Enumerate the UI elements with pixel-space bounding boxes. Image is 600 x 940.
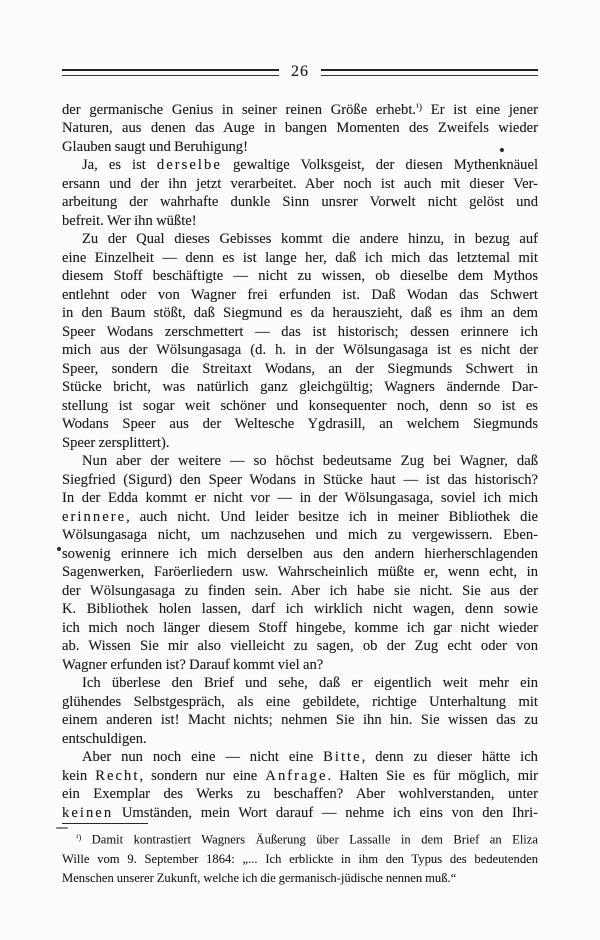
text-run: gewaltige Volksgeist, der diesen Mythenk… — [222, 157, 538, 173]
text-line: Naturen, aus denen das Auge in bangen Mo… — [62, 119, 538, 138]
text-run: Damit kontrastiert Wagners Äußerung über… — [81, 833, 538, 847]
book-page: 26 der germanische Genius in seiner rein… — [0, 0, 600, 940]
text-line: Zu der Qual dieses Gebisses kommt die an… — [62, 230, 538, 249]
spaced-text-run: erinnere — [62, 509, 126, 525]
text-line: Speer, sondern die Streitaxt Wodans, an … — [62, 360, 538, 379]
text-run: ab. Wissen Sie mir also vielleicht zu sa… — [62, 638, 538, 654]
text-run: arbeitung der wahrhafte dunkle Sinn unsr… — [62, 194, 538, 210]
text-run: . Halten Sie es für möglich, mir — [327, 768, 538, 784]
text-run: Speer, sondern die Streitaxt Wodans, an … — [62, 361, 538, 377]
text-line: Glauben saugt und Beruhigung! — [62, 138, 538, 157]
text-run: Aber nun noch eine — nicht eine — [82, 749, 323, 765]
spaced-text-run: keinen — [62, 805, 113, 821]
text-line: Wille vom 9. September 1864: „... Ich er… — [62, 850, 538, 869]
text-run: sowenig erinnere ich mich derselben aus … — [62, 546, 538, 562]
text-line: Nun aber der weitere — so höchst bedeuts… — [62, 452, 538, 471]
text-line: kein Recht, sondern nur eine Anfrage. Ha… — [62, 767, 538, 786]
text-run: Glauben saugt und Beruhigung! — [62, 139, 248, 155]
text-line: entlehnt oder von Wagner frei erfunden i… — [62, 286, 538, 305]
text-run: ersann und der ihn jetzt verarbeitet. Ab… — [62, 176, 538, 192]
text-line: glühendes Selbstgespräch, als eine gebil… — [62, 693, 538, 712]
paragraph: Aber nun noch eine — nicht eine Bitte, d… — [62, 748, 538, 822]
head-rule-right — [321, 69, 538, 76]
text-run: eine Einzelheit — denn es ist lange her,… — [62, 250, 538, 266]
text-run: kein — [62, 768, 95, 784]
text-run: Wagner erfunden ist? Darauf kommt viel a… — [62, 657, 323, 673]
text-line: stellung ist sogar weit schöner und kons… — [62, 397, 538, 416]
text-run: Speer Wodans zerschmettert — das ist his… — [62, 324, 538, 340]
paragraph: der germanische Genius in seiner reinen … — [62, 99, 538, 156]
text-line: keinen Umständen, mein Wort darauf — neh… — [62, 804, 538, 823]
text-line: ab. Wissen Sie mir also vielleicht zu sa… — [62, 637, 538, 656]
spaced-text-run: Recht — [95, 768, 139, 784]
text-run: Speer zersplittert). — [62, 435, 170, 451]
body-text: der germanische Genius in seiner reinen … — [62, 99, 538, 822]
text-line: Speer Wodans zerschmettert — das ist his… — [62, 323, 538, 342]
text-run: Zu der Qual dieses Gebisses kommt die an… — [82, 231, 538, 247]
text-run: Er ist eine jener — [422, 102, 538, 118]
paragraph: Nun aber der weitere — so höchst bedeuts… — [62, 452, 538, 674]
text-line: Wagner erfunden ist? Darauf kommt viel a… — [62, 656, 538, 675]
text-run: entschuldigen. — [62, 731, 147, 747]
text-run: Wille vom 9. September 1864: „... Ich er… — [62, 852, 538, 866]
spaced-text-run: derselbe — [157, 157, 222, 173]
text-line: Aber nun noch eine — nicht eine Bitte, d… — [62, 748, 538, 767]
text-line: sowenig erinnere ich mich derselben aus … — [62, 545, 538, 564]
head-rule-left — [62, 69, 279, 76]
text-run: Stücke bricht, was natürlich ganz gleich… — [62, 379, 538, 395]
ink-speck — [57, 547, 61, 551]
text-run: In der Edda kommt er nicht vor — in der … — [62, 490, 538, 506]
text-line: mich aus der Wölsungasaga (d. h. in der … — [62, 341, 538, 360]
text-run: entlehnt oder von Wagner frei erfunden i… — [62, 287, 538, 303]
text-line: arbeitung der wahrhafte dunkle Sinn unsr… — [62, 193, 538, 212]
text-line: der Wölsungasaga zu finden sein. Aber ic… — [62, 582, 538, 601]
text-run: mich aus der Wölsungasaga (d. h. in der … — [62, 342, 538, 358]
text-run: der germanische Genius in seiner reinen … — [62, 102, 416, 118]
paragraph: Ja, es ist derselbe gewaltige Volksgeist… — [62, 156, 538, 230]
paragraph: Zu der Qual dieses Gebisses kommt die an… — [62, 230, 538, 452]
text-run: Ich überlese den Brief und sehe, daß er … — [82, 675, 538, 691]
text-line: Siegfried (Sigurd) den Speer Wodans in S… — [62, 471, 538, 490]
text-line: Stücke bricht, was natürlich ganz gleich… — [62, 378, 538, 397]
running-head: 26 — [62, 64, 538, 80]
text-line: ich mich noch länger diesem Stoff hingeb… — [62, 619, 538, 638]
text-line: Wölsungasaga nicht, um nachzusehen und m… — [62, 526, 538, 545]
text-line: erinnere, auch nicht. Und leider besitze… — [62, 508, 538, 527]
page-content: 26 der germanische Genius in seiner rein… — [62, 64, 538, 888]
text-run: Wodans Speer aus der Weltesche Ygdrasill… — [62, 416, 538, 432]
text-run: , auch nicht. Und leider besitze ich in … — [126, 509, 538, 525]
text-run: K. Bibliothek holen lassen, darf ich wir… — [62, 601, 538, 617]
text-run: Umständen, mein Wort darauf — nehme ich … — [113, 805, 538, 821]
text-line: Menschen unserer Zukunft, welche ich die… — [62, 869, 538, 888]
text-line: Ich überlese den Brief und sehe, daß er … — [62, 674, 538, 693]
text-line: in den Baum stößt, daß Siegmund es da he… — [62, 304, 538, 323]
text-line: ersann und der ihn jetzt verarbeitet. Ab… — [62, 175, 538, 194]
text-run: glühendes Selbstgespräch, als eine gebil… — [62, 694, 538, 710]
text-run: in den Baum stößt, daß Siegmund es da he… — [62, 305, 538, 321]
text-run: diesem Stoff beschäftigte — nicht zu wis… — [62, 268, 538, 284]
text-run: ein Exemplar des Werks zu beschaffen? Ab… — [62, 786, 538, 802]
footnote-separator — [62, 823, 148, 824]
text-run: der Wölsungasaga zu finden sein. Aber ic… — [62, 583, 538, 599]
text-line: der germanische Genius in seiner reinen … — [62, 99, 538, 119]
paragraph: Ich überlese den Brief und sehe, daß er … — [62, 674, 538, 748]
text-line: Speer zersplittert). — [62, 434, 538, 453]
text-line: ¹) Damit kontrastiert Wagners Äußerung ü… — [62, 828, 538, 849]
text-line: Sagenwerken, Faröerliedern usw. Wahrsche… — [62, 563, 538, 582]
text-line: K. Bibliothek holen lassen, darf ich wir… — [62, 600, 538, 619]
text-line: diesem Stoff beschäftigte — nicht zu wis… — [62, 267, 538, 286]
spaced-text-run: Bitte — [323, 749, 362, 765]
paragraph: ¹) Damit kontrastiert Wagners Äußerung ü… — [62, 828, 538, 887]
text-line: Wodans Speer aus der Weltesche Ygdrasill… — [62, 415, 538, 434]
text-run: Ja, es ist — [82, 157, 157, 173]
text-run: ich mich noch länger diesem Stoff hingeb… — [62, 620, 538, 636]
text-run: Naturen, aus denen das Auge in bangen Mo… — [62, 120, 538, 136]
text-run: Nun aber der weitere — so höchst bedeuts… — [82, 453, 538, 469]
text-run: befreit. Wer ihn wüßte! — [62, 213, 197, 229]
text-run: Sagenwerken, Faröerliedern usw. Wahrsche… — [62, 564, 538, 580]
text-run: Menschen unserer Zukunft, welche ich die… — [62, 871, 456, 885]
text-run: Siegfried (Sigurd) den Speer Wodans in S… — [62, 472, 538, 488]
text-run: Wölsungasaga nicht, um nachzusehen und m… — [62, 527, 538, 543]
text-run: , sondern nur eine — [139, 768, 265, 784]
text-line: einem anderen ist! Macht nichts; nehmen … — [62, 711, 538, 730]
ink-speck — [56, 827, 68, 829]
text-line: In der Edda kommt er nicht vor — in der … — [62, 489, 538, 508]
text-run: einem anderen ist! Macht nichts; nehmen … — [62, 712, 538, 728]
text-run: stellung ist sogar weit schöner und kons… — [62, 398, 538, 414]
text-line: entschuldigen. — [62, 730, 538, 749]
text-line: ein Exemplar des Werks zu beschaffen? Ab… — [62, 785, 538, 804]
text-run: , denn zu dieser hätte ich — [362, 749, 538, 765]
text-line: eine Einzelheit — denn es ist lange her,… — [62, 249, 538, 268]
page-number: 26 — [279, 63, 321, 81]
text-line: Ja, es ist derselbe gewaltige Volksgeist… — [62, 156, 538, 175]
text-line: befreit. Wer ihn wüßte! — [62, 212, 538, 231]
footnote: ¹) Damit kontrastiert Wagners Äußerung ü… — [62, 828, 538, 887]
spaced-text-run: Anfrage — [265, 768, 327, 784]
